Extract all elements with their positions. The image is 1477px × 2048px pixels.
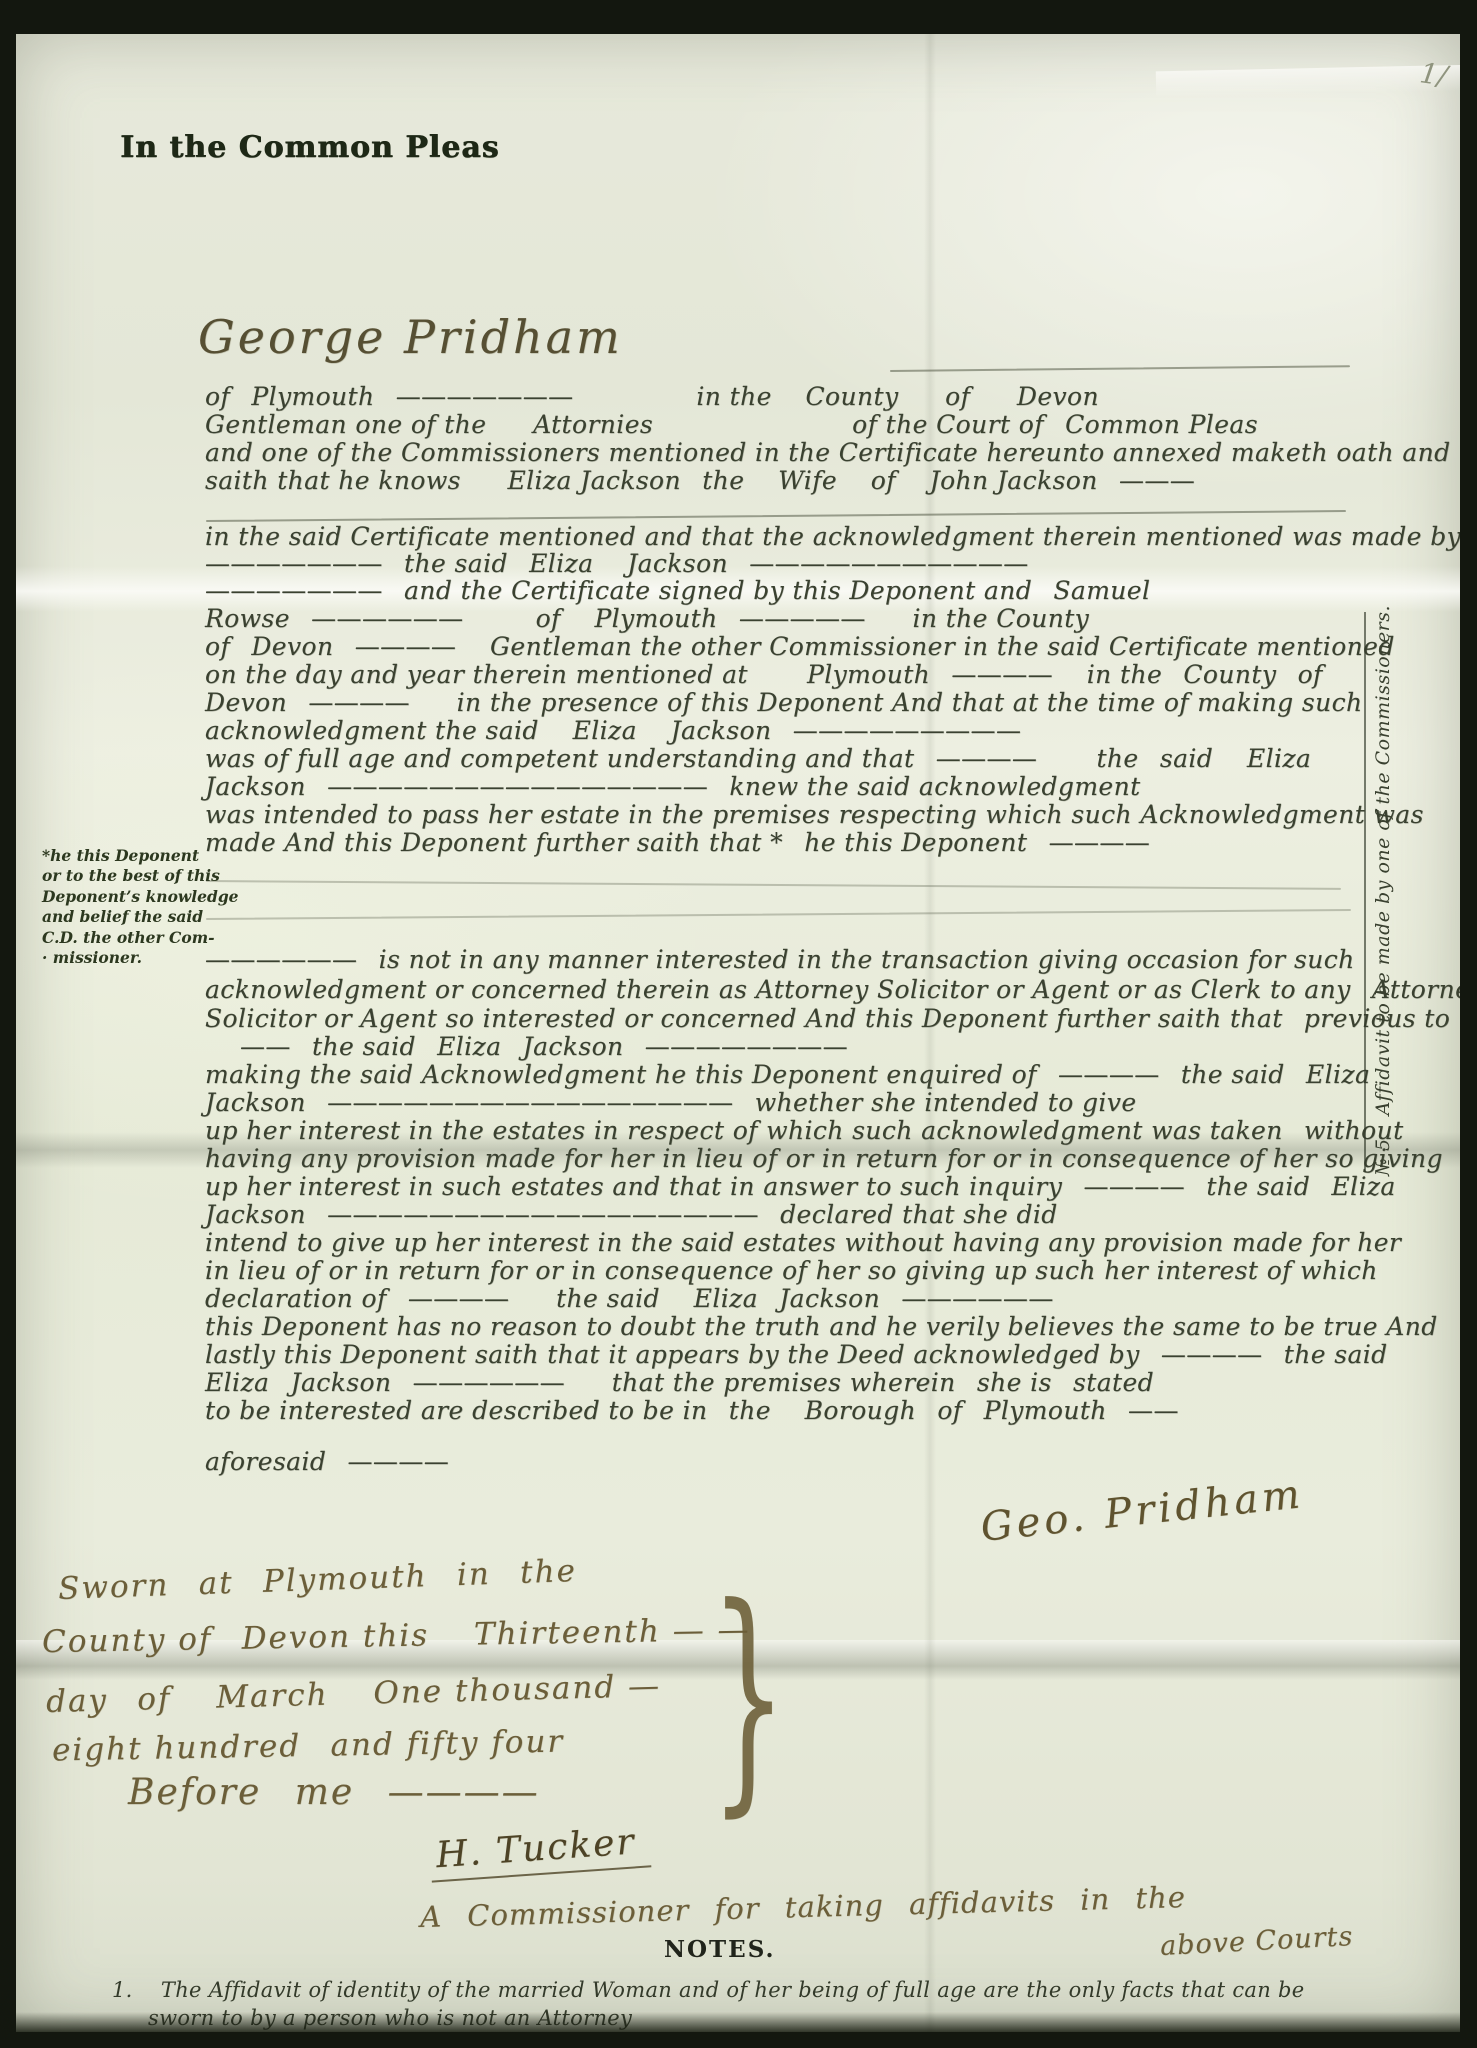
jurat-brace: } bbox=[710, 1576, 787, 1818]
body-line: having any provision made for her in lie… bbox=[205, 1146, 1443, 1171]
side-label-rule bbox=[1364, 612, 1366, 1172]
jurat-line: Sworn at Plymouth in the bbox=[58, 1553, 578, 1607]
body-line: Eliza Jackson —————— that the premises w… bbox=[205, 1370, 1154, 1395]
body-line: of Plymouth ——————— in the County of Dev… bbox=[205, 384, 1099, 409]
body-line: lastly this Deponent saith that it appea… bbox=[205, 1342, 1388, 1367]
body-line: Devon ———— in the presence of this Depon… bbox=[205, 690, 1363, 715]
vertical-fold bbox=[924, 34, 936, 2032]
body-line: up her interest in such estates and that… bbox=[205, 1174, 1396, 1199]
body-line: Rowse —————— of Plymouth ————— in the Co… bbox=[205, 606, 1089, 631]
page-edge-highlight bbox=[1156, 65, 1460, 98]
body-line: declaration of ———— the said Eliza Jacks… bbox=[205, 1286, 1054, 1311]
ink-rule bbox=[890, 365, 1350, 372]
body-line: Jackson ———————————————— whether she int… bbox=[205, 1090, 1137, 1115]
side-form-caption: № 5. Affidavit to be made by one of the … bbox=[1372, 605, 1394, 1176]
body-line: —————— is not in any manner interested i… bbox=[205, 947, 1355, 972]
jurat-line: County of Devon this Thirteenth — — bbox=[42, 1612, 751, 1660]
body-line: making the said Acknowledgment he this D… bbox=[205, 1062, 1370, 1087]
body-line: on the day and year therein mentioned at… bbox=[205, 662, 1323, 687]
court-header: In the Common Pleas bbox=[120, 130, 500, 165]
body-line: was of full age and competent understand… bbox=[205, 746, 1311, 771]
margin-note-line: C.D. the other Com- bbox=[42, 928, 198, 948]
body-line: made And this Deponent further saith tha… bbox=[205, 830, 1150, 855]
body-line: and one of the Commissioners mentioned i… bbox=[205, 440, 1451, 465]
body-line: Jackson ————————————————— declared that … bbox=[205, 1202, 1058, 1227]
body-line: to be interested are described to be in … bbox=[205, 1398, 1179, 1423]
note-line: 1. The Affidavit of identity of the marr… bbox=[112, 1978, 1305, 2002]
body-line: ——————— the said Eliza Jackson —————————… bbox=[205, 551, 1029, 576]
body-line: aforesaid ———— bbox=[205, 1449, 449, 1474]
ink-rule bbox=[206, 909, 1351, 920]
body-line: saith that he knows Eliza Jackson the Wi… bbox=[205, 468, 1195, 493]
margin-note: *he this Deponent or to the best of this… bbox=[42, 846, 198, 969]
body-line: was intended to pass her estate in the p… bbox=[205, 802, 1424, 827]
ink-rule bbox=[206, 880, 1341, 890]
commissioner-title: A Commissioner for taking affidavits in … bbox=[420, 1880, 1187, 1934]
jurat-line: Before me ———— bbox=[128, 1772, 540, 1813]
body-line: in lieu of or in return for or in conseq… bbox=[205, 1258, 1378, 1283]
body-line: up her interest in the estates in respec… bbox=[205, 1118, 1404, 1143]
body-line: Jackson ——————————————— knew the said ac… bbox=[205, 774, 1141, 799]
margin-note-line: or to the best of this bbox=[42, 866, 198, 886]
body-line: Gentleman one of the Attornies of the Co… bbox=[205, 412, 1258, 437]
margin-note-line: *he this Deponent bbox=[42, 846, 198, 866]
deponent-signature: Geo. Pridham bbox=[978, 1471, 1305, 1551]
notes-heading: NOTES. bbox=[664, 1936, 776, 1963]
body-line: of Devon ———— Gentleman the other Commis… bbox=[205, 634, 1395, 659]
body-line: acknowledgment or concerned therein as A… bbox=[205, 977, 1460, 1002]
margin-note-line: Deponent’s knowledge bbox=[42, 887, 198, 907]
page-number-pencil-mark: 1/ bbox=[1418, 56, 1450, 92]
body-line: in the said Certificate mentioned and th… bbox=[205, 524, 1460, 549]
margin-note-line: · missioner. bbox=[42, 948, 198, 968]
jurat-line: eight hundred and fifty four bbox=[52, 1724, 565, 1769]
paper-sheet: In the Common Pleas 1/ George Pridham of… bbox=[16, 34, 1460, 2032]
deponent-name: George Pridham bbox=[198, 310, 623, 364]
jurat-line: day of March One thousand — bbox=[46, 1668, 662, 1720]
body-line: acknowledgment the said Eliza Jackson ——… bbox=[205, 718, 1021, 743]
body-line: ——————— and the Certificate signed by th… bbox=[205, 578, 1150, 603]
commissioner-title-continued: above Courts bbox=[1159, 1921, 1354, 1962]
body-line: Solicitor or Agent so interested or conc… bbox=[205, 1006, 1450, 1031]
ink-rule bbox=[206, 510, 1346, 522]
scanned-affidavit-page: In the Common Pleas 1/ George Pridham of… bbox=[0, 0, 1477, 2048]
margin-note-line: and belief the said bbox=[42, 907, 198, 927]
body-line: intend to give up her interest in the sa… bbox=[205, 1230, 1401, 1255]
body-line: this Deponent has no reason to doubt the… bbox=[205, 1314, 1438, 1339]
body-line: —— the said Eliza Jackson ———————— bbox=[240, 1034, 848, 1059]
commissioner-signature: H. Tucker bbox=[429, 1820, 652, 1882]
scan-bottom-shadow bbox=[16, 2012, 1460, 2032]
